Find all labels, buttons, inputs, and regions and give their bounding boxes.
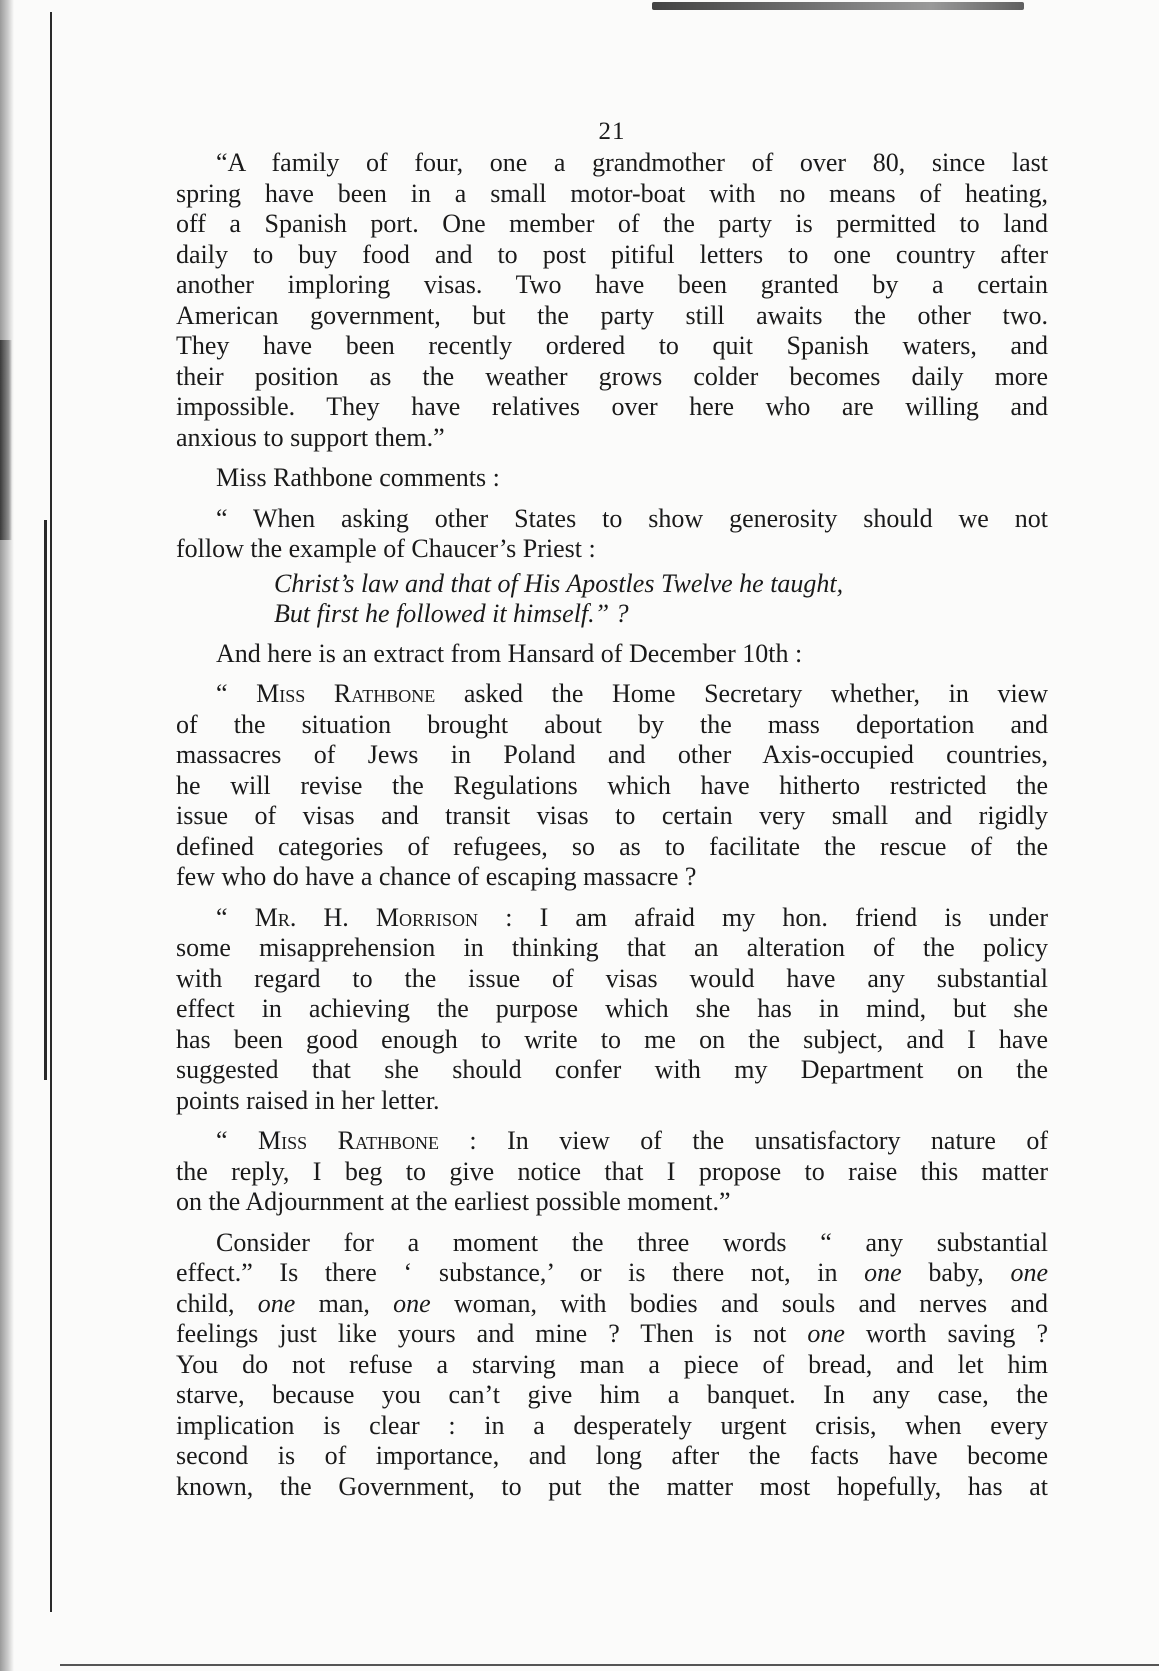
chaucer-question-paragraph: “ When asking other States to show gener… — [176, 504, 1048, 565]
emphasis: one — [258, 1289, 296, 1318]
text-line: with regard to the issue of visas would … — [176, 964, 1048, 995]
text-line: issue of visas and transit visas to cert… — [176, 801, 1048, 832]
emphasis: one — [393, 1289, 431, 1318]
scan-left-edge-shadow — [0, 0, 14, 1671]
text-line: their position as the weather grows cold… — [176, 362, 1048, 393]
text-line: spring have been in a small motor-boat w… — [176, 179, 1048, 210]
text-line: defined categories of refugees, so as to… — [176, 832, 1048, 863]
text-fragment: man, — [295, 1289, 393, 1318]
morrison-answer-paragraph: “ Mr. H. Morrison : I am afraid my hon. … — [176, 903, 1048, 1117]
text-line: You do not refuse a starving man a piece… — [176, 1350, 1048, 1381]
text-line: implication is clear : in a desperately … — [176, 1411, 1048, 1442]
text-fragment: worth saving ? — [845, 1319, 1048, 1348]
speaker-name: Miss Rathbone — [258, 1126, 439, 1155]
text-line: daily to buy food and to post pitiful le… — [176, 240, 1048, 271]
text-line: American government, but the party still… — [176, 301, 1048, 332]
text-fragment: child, — [176, 1289, 258, 1318]
rathbone-comments-paragraph: Miss Rathbone comments : — [176, 463, 1048, 494]
margin-rule — [50, 12, 52, 1612]
text-line: feelings just like yours and mine ? Then… — [176, 1319, 1048, 1350]
text-fragment: asked the Home Secretary whether, in vie… — [435, 679, 1048, 708]
text-line: “A family of four, one a grandmother of … — [176, 148, 1048, 179]
text-fragment: : In view of the unsatisfactory nature o… — [439, 1126, 1048, 1155]
text-fragment: effect.” Is there ‘ substance,’ or is th… — [176, 1258, 864, 1287]
verse-line: Christ’s law and that of His Apostles Tw… — [274, 569, 1048, 599]
text-line: points raised in her letter. — [176, 1086, 1048, 1117]
text-line: Miss Rathbone comments : — [176, 463, 1048, 494]
closing-paragraph: Consider for a moment the three words “ … — [176, 1228, 1048, 1503]
text-line: has been good enough to write to me on t… — [176, 1025, 1048, 1056]
text-line: “ Mr. H. Morrison : I am afraid my hon. … — [176, 903, 1048, 934]
text-line: impossible. They have relatives over her… — [176, 392, 1048, 423]
text-line: second is of importance, and long after … — [176, 1441, 1048, 1472]
text-line: another imploring visas. Two have been g… — [176, 270, 1048, 301]
page-number: 21 — [176, 118, 1048, 146]
text-line: anxious to support them.” — [176, 423, 1048, 454]
text-line: Consider for a moment the three words “ … — [176, 1228, 1048, 1259]
text-line: known, the Government, to put the matter… — [176, 1472, 1048, 1503]
scan-top-edge-mark — [652, 2, 1024, 10]
text-line: “ Miss Rathbone asked the Home Secretary… — [176, 679, 1048, 710]
text-line: They have been recently ordered to quit … — [176, 331, 1048, 362]
text-line: follow the example of Chaucer’s Priest : — [176, 534, 1048, 565]
rathbone-reply-paragraph: “ Miss Rathbone : In view of the unsatis… — [176, 1126, 1048, 1218]
speaker-name: Mr. H. Morrison — [255, 903, 478, 932]
emphasis: one — [864, 1258, 902, 1287]
text-fragment: baby, — [902, 1258, 1011, 1287]
text-line: “ When asking other States to show gener… — [176, 504, 1048, 535]
hansard-intro-paragraph: And here is an extract from Hansard of D… — [176, 639, 1048, 670]
emphasis: one — [1010, 1258, 1048, 1287]
scan-binding-shadow — [0, 340, 12, 540]
text-line: And here is an extract from Hansard of D… — [176, 639, 1048, 670]
speaker-name: Miss Rathbone — [256, 679, 435, 708]
text-line: of the situation brought about by the ma… — [176, 710, 1048, 741]
text-line: effect.” Is there ‘ substance,’ or is th… — [176, 1258, 1048, 1289]
text-line: massacres of Jews in Poland and other Ax… — [176, 740, 1048, 771]
text-line: starve, because you can’t give him a ban… — [176, 1380, 1048, 1411]
text-line: effect in achieving the purpose which sh… — [176, 994, 1048, 1025]
text-line: “ Miss Rathbone : In view of the unsatis… — [176, 1126, 1048, 1157]
text-line: the reply, I beg to give notice that I p… — [176, 1157, 1048, 1188]
text-line: some misapprehension in thinking that an… — [176, 933, 1048, 964]
emphasis: one — [807, 1319, 845, 1348]
text-line: suggested that she should confer with my… — [176, 1055, 1048, 1086]
chaucer-verse-quote: Christ’s law and that of His Apostles Tw… — [176, 569, 1048, 629]
text-line: child, one man, one woman, with bodies a… — [176, 1289, 1048, 1320]
rathbone-question-paragraph: “ Miss Rathbone asked the Home Secretary… — [176, 679, 1048, 893]
margin-rule-thick — [44, 520, 47, 1080]
text-fragment: feelings just like yours and mine ? Then… — [176, 1319, 807, 1348]
scan-bottom-edge — [60, 1664, 1159, 1666]
text-line: he will revise the Regulations which hav… — [176, 771, 1048, 802]
verse-line: But first he followed it himself.” ? — [274, 599, 1048, 629]
text-fragment: : I am afraid my hon. friend is under — [478, 903, 1048, 932]
text-fragment: woman, with bodies and souls and nerves … — [431, 1289, 1048, 1318]
text-line: off a Spanish port. One member of the pa… — [176, 209, 1048, 240]
book-page: 21 “A family of four, one a grandmother … — [176, 118, 1048, 1512]
text-line: on the Adjournment at the earliest possi… — [176, 1187, 1048, 1218]
family-quote-paragraph: “A family of four, one a grandmother of … — [176, 148, 1048, 453]
text-line: few who do have a chance of escaping mas… — [176, 862, 1048, 893]
